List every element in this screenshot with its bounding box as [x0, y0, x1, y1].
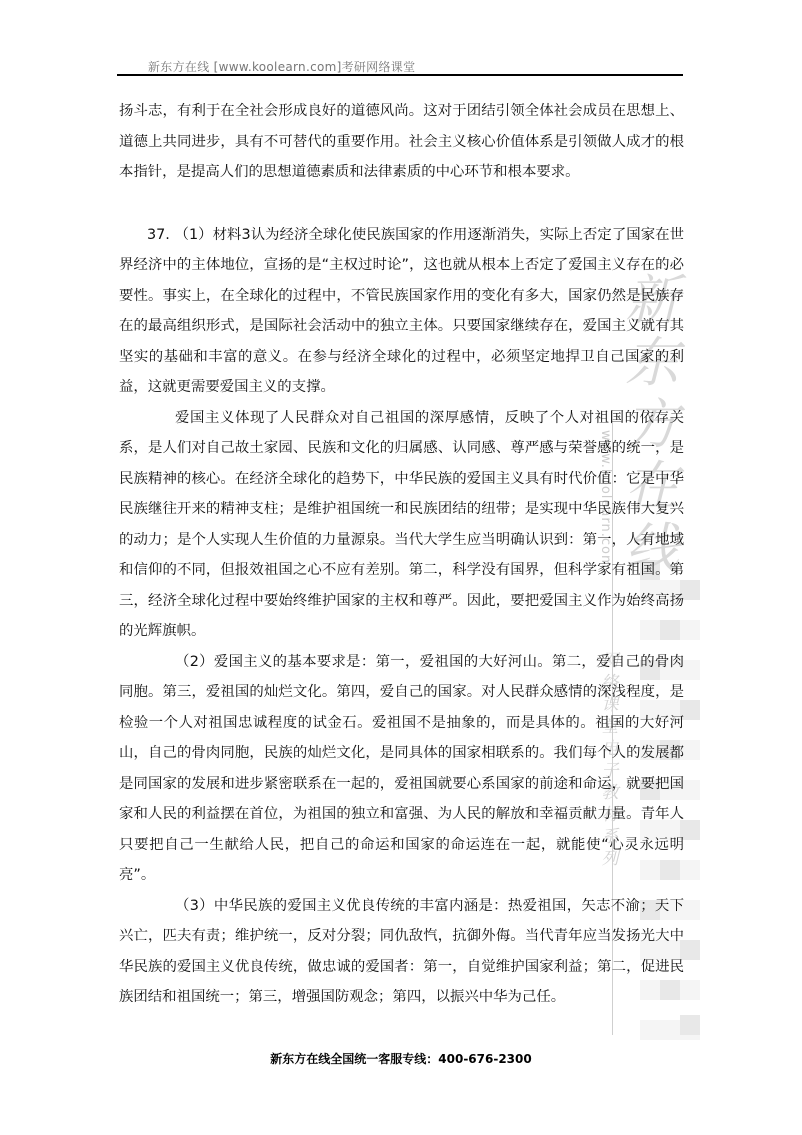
page-header: 新东方在线 [www.koolearn.com]考研网络课堂: [148, 58, 415, 75]
paragraph-continuation: 扬斗志，有利于在全社会形成良好的道德风尚。这对于团结引领全体社会成员在思想上、道…: [119, 96, 684, 188]
paragraph-answer-37-part2: （2）爱国主义的基本要求是：第一，爱祖国的大好河山。第二，爱自己的骨肉同胞。第三…: [119, 647, 684, 891]
paragraph-answer-37-part1: 37. （1）材料3认为经济全球化使民族国家的作用逐渐消失，实际上否定了国家在世…: [119, 220, 684, 403]
paragraph-gap: [119, 188, 684, 220]
header-divider: [117, 74, 683, 76]
paragraph-answer-37-part3: （3）中华民族的爱国主义优良传统的丰富内涵是：热爱祖国，矢志不渝；天下兴亡，匹夫…: [119, 891, 684, 1013]
paragraph-patriotism-value: 爱国主义体现了人民群众对自己祖国的深厚感情，反映了个人对祖国的依存关系，是人们对…: [119, 403, 684, 647]
page-footer: 新东方在线全国统一客服专线：400-676-2300: [0, 1050, 802, 1067]
document-body: 扬斗志，有利于在全社会形成良好的道德风尚。这对于团结引领全体社会成员在思想上、道…: [119, 96, 684, 1013]
